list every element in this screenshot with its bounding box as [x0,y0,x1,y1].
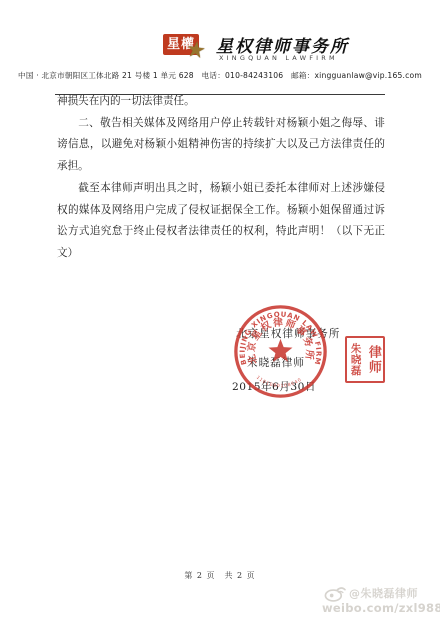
round-firm-seal: BEIJING XINGQUAN LAW FIRM 1101080108640 … [232,303,329,400]
star-icon: ★ [184,37,207,65]
firm-logo: 星權 ★ 星权律师事务所 XINGQUAN LAWFIRM [0,31,440,67]
document-page: 星權 ★ 星权律师事务所 XINGQUAN LAWFIRM 中国 · 北京市朝阳… [0,0,440,622]
lawyer-seal-name: 朱晓磊 [350,343,361,376]
contact-line: 中国 · 北京市朝阳区工体北路 21 号楼 1 单元 628 电话：010-84… [0,70,440,81]
statement-body: 神损失在内的一切法律责任。 二、敬告相关媒体及网络用户停止转载针对杨颖小姐之侮辱… [57,91,385,265]
lawyer-personal-seal: 律师 朱晓磊 [345,336,385,383]
firm-name-en: XINGQUAN LAWFIRM [219,54,338,62]
seal-star-icon [269,339,293,362]
lawyer-seal-title: 律师 [367,345,380,375]
paragraph-3: 截至本律师声明出具之时，杨颖小姐已委托本律师对上述涉嫌侵权的媒体及网络用户完成了… [57,178,385,265]
page-number: 第 2 页 共 2 页 [0,570,440,581]
seal-serial-number: 1101080108640 [255,375,303,390]
weibo-watermark: @朱晓磊律师 weibo.com/zxl988 [321,583,439,615]
paragraph-continuation: 神损失在内的一切法律责任。 [57,91,385,113]
weibo-handle: @朱晓磊律师 [349,585,418,601]
weibo-icon [323,583,347,603]
paragraph-2: 二、敬告相关媒体及网络用户停止转载针对杨颖小姐之侮辱、诽谤信息，以避免对杨颖小姐… [57,113,385,178]
weibo-url: weibo.com/zxl988 [321,601,439,615]
